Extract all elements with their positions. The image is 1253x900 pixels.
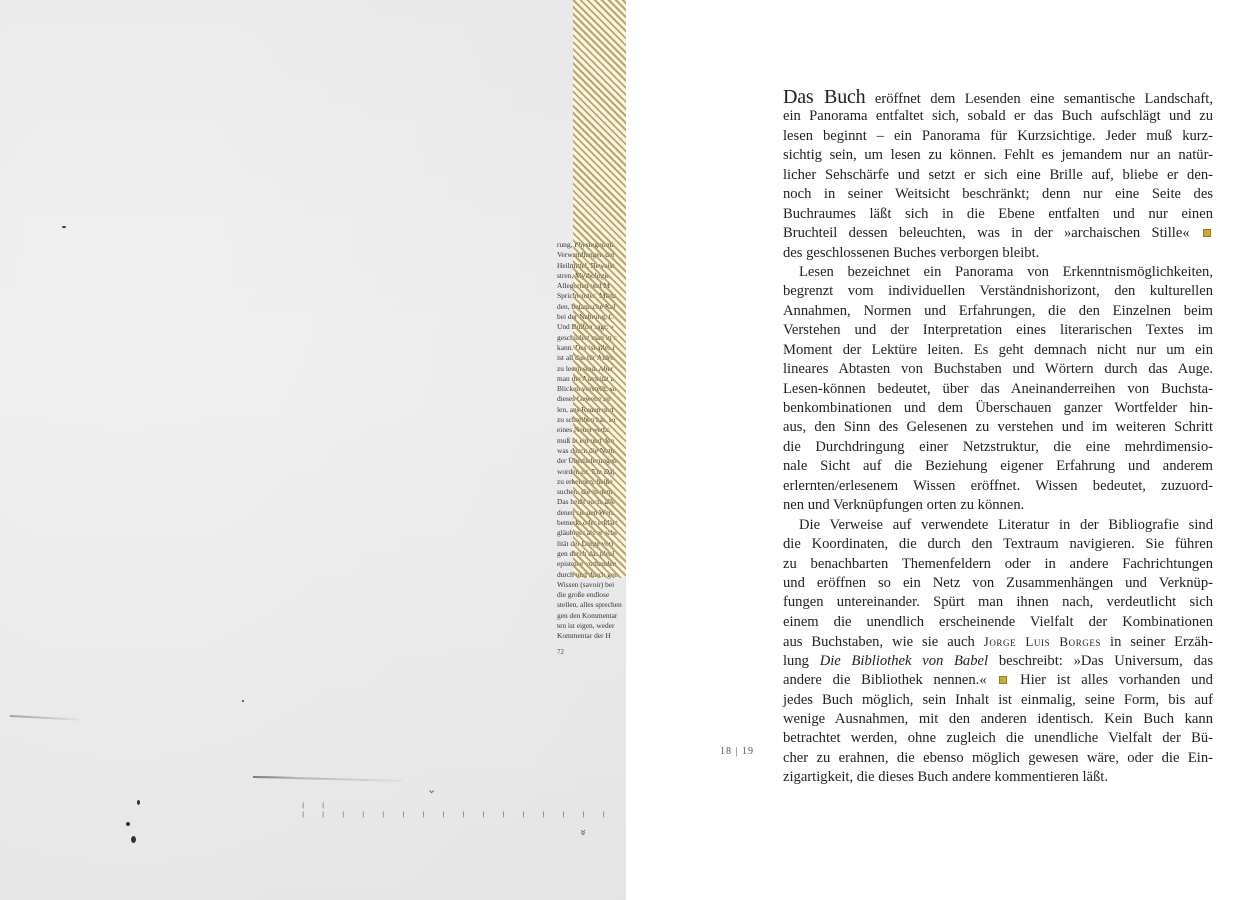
text-line: die Durchdringung einer Netzstruktur, di… (783, 438, 1213, 457)
lead-words: Das Buch (783, 86, 865, 108)
text-line: benkombinationen und dem Überschauen gan… (783, 399, 1213, 418)
double-chevron-down-icon: » (577, 829, 590, 836)
text-line: Verstehen und der Interpretation eines l… (783, 321, 1213, 340)
ink-speck (131, 836, 136, 843)
column-line: len, ans Reden und (557, 405, 626, 415)
column-line: Und Buffon sagt: » (557, 322, 626, 332)
column-line: lität der Dinge vorl (557, 539, 626, 549)
text-line: Lesen-können bedeutet, über das Aneinand… (783, 380, 1213, 399)
text-line: noch in seiner Weitsicht beschränkt; den… (783, 185, 1213, 204)
text-line: aus, den Sinn des Gelesenen zu verstehen… (783, 418, 1213, 437)
column-line: rung, Physiognomi (557, 240, 626, 250)
text-line: wenige Ausnahmen, mit den anderen identi… (783, 710, 1213, 729)
left-page-number: 72 (557, 648, 564, 656)
column-line: eines Neuerwerbs (557, 425, 626, 435)
text-line: Lesen bezeichnet ein Panorama von Erkenn… (783, 263, 1213, 282)
ink-speck (126, 822, 130, 826)
column-line: zu erkennen, heiße (557, 477, 626, 487)
column-line: durch und durch gen (557, 570, 626, 580)
text-line: ein Panorama entfaltet sich, sobald er d… (783, 107, 1213, 126)
column-line: bemerkt oder erklärt (557, 518, 626, 528)
column-line: stellen, alles sprechen (557, 600, 626, 610)
column-line: muß in ein und den (557, 436, 626, 446)
column-line: die große endlose (557, 590, 626, 600)
ink-speck (242, 700, 244, 702)
text-line: licher Sehschärfe und setzt er sich eine… (783, 166, 1213, 185)
column-line: Kommentar der H (557, 631, 626, 641)
column-line: zu lesen sind. Aber (557, 364, 626, 374)
column-line: kann. Das ist alles i (557, 343, 626, 353)
ink-speck (62, 226, 66, 228)
ink-speck (137, 800, 140, 805)
paper-texture (0, 0, 626, 900)
text-line: lineares Abtasten von Buchstaben und Wör… (783, 360, 1213, 379)
scan-streak (253, 776, 293, 778)
column-line: Das heißt auch, alle (557, 497, 626, 507)
author-name: Jorge Luis Borges (984, 634, 1101, 649)
text-line: lesen beginnt – ein Panorama für Kurzsic… (783, 127, 1213, 146)
column-line: worden ist. Ein Daj (557, 467, 626, 477)
chevron-down-icon: ⌄ (427, 783, 436, 796)
text-line: begrenzt vom individuellen Verständnisho… (783, 282, 1213, 301)
text-line: und eröffnen so ein Netz von Zusammenhän… (783, 574, 1213, 593)
column-line: geschildert man in c (557, 333, 626, 343)
text-line: Bruchteil dessen beleuchten, was in der … (783, 224, 1213, 243)
footnote-marker-icon[interactable] (999, 676, 1007, 684)
body-text: Das Buch eröffnet dem Lesenden eine sema… (783, 88, 1213, 788)
text-line: zigartigkeit, die dieses Buch andere kom… (783, 768, 1213, 787)
column-line: ist all das für Aldro (557, 353, 626, 363)
left-page-scan: rung, PhysiognomiVerwandlungen derHeilmi… (0, 0, 626, 900)
column-line: Allegorien und M (557, 281, 626, 291)
column-line: gläubiger als er sche (557, 528, 626, 538)
column-line: ten ist eigen, weder (557, 621, 626, 631)
text-line: betrachtet werden, ohne zugleich die une… (783, 729, 1213, 748)
work-title: Die Bibliothek von Babel (820, 653, 988, 669)
mirrored-text-column: rung, PhysiognomiVerwandlungen derHeilmi… (557, 240, 626, 650)
text-line: Moment der Lektüre leiten. Es geht demna… (783, 341, 1213, 360)
text-line: andere die Bibliothek nennen.« Hier ist … (783, 671, 1213, 690)
text-line: des geschlossenen Buches verborgen bleib… (783, 244, 1213, 263)
column-line: Verwandlungen der (557, 250, 626, 260)
text-line: sichtig sein, um lesen zu können. Fehlt … (783, 146, 1213, 165)
column-line: den, botanische Kal (557, 302, 626, 312)
column-line: denen sie den Wert (557, 508, 626, 518)
column-line: dieses Gewebe zu (557, 394, 626, 404)
column-line: episteme vorhanden (557, 559, 626, 569)
column-line: gen durch das pleal (557, 549, 626, 559)
text-line: Buchraumes läßt sich in die Ebene entfal… (783, 205, 1213, 224)
column-line: der Überlieferungen (557, 456, 626, 466)
column-line: man die Autorität a (557, 374, 626, 384)
column-line: Blicken vorstellt, so (557, 384, 626, 394)
footnote-marker-icon[interactable] (1203, 229, 1211, 237)
folio-page-numbers: 18 | 19 (720, 746, 754, 757)
column-line: Wissen (savoir) bei (557, 580, 626, 590)
text-line: nen und Verknüpfungen orten zu können. (783, 496, 1213, 515)
column-line: was durch die Natu (557, 446, 626, 456)
column-line: Sprichwörter, Münz (557, 291, 626, 301)
text-line: fungen untereinander. Spürt man ihnen na… (783, 593, 1213, 612)
column-line: gen den Kommentar (557, 611, 626, 621)
text-line: cher zu erahnen, die ebenso möglich gewe… (783, 749, 1213, 768)
column-line: Heilmittel, Beweist (557, 261, 626, 271)
column-line: suchen, die in dem (557, 487, 626, 497)
upside-down-glyph-strip: ꞁ ꞁ ꞁ ꞁ ꞁ ꞁ ꞁ ꞁ ꞁ ꞁ ꞁ ꞁ ꞁ ꞁ ꞁ ꞁ ꞁ ꞁ (302, 802, 626, 820)
column-line: stren, Mythologie, (557, 271, 626, 281)
text-line: Annahmen, Normen und Erfahrungen, die de… (783, 302, 1213, 321)
text-line: Das Buch eröffnet dem Lesenden eine sema… (783, 88, 1213, 107)
text-line: lung Die Bibliothek von Babel beschreibt… (783, 652, 1213, 671)
text-line: aus Buchstaben, wie sie auch Jorge Luis … (783, 632, 1213, 651)
text-line: jedes Buch möglich, sein Inhalt ist einm… (783, 691, 1213, 710)
text-line: zu benachbarten Themenfeldern oder in an… (783, 555, 1213, 574)
text-line: nale Sicht auf die Beziehung eigener Erf… (783, 457, 1213, 476)
text-line: Die Verweise auf verwendete Literatur in… (783, 516, 1213, 535)
text-line: einem die unendlich erscheinende Vielfal… (783, 613, 1213, 632)
column-line: zu schreiben hat, so (557, 415, 626, 425)
text-line: erlernten/erlesenem Wissen eröffnet. Wis… (783, 477, 1213, 496)
column-line: bei der Nahrung, C (557, 312, 626, 322)
text-line: die Koordinaten, die durch den Textraum … (783, 535, 1213, 554)
